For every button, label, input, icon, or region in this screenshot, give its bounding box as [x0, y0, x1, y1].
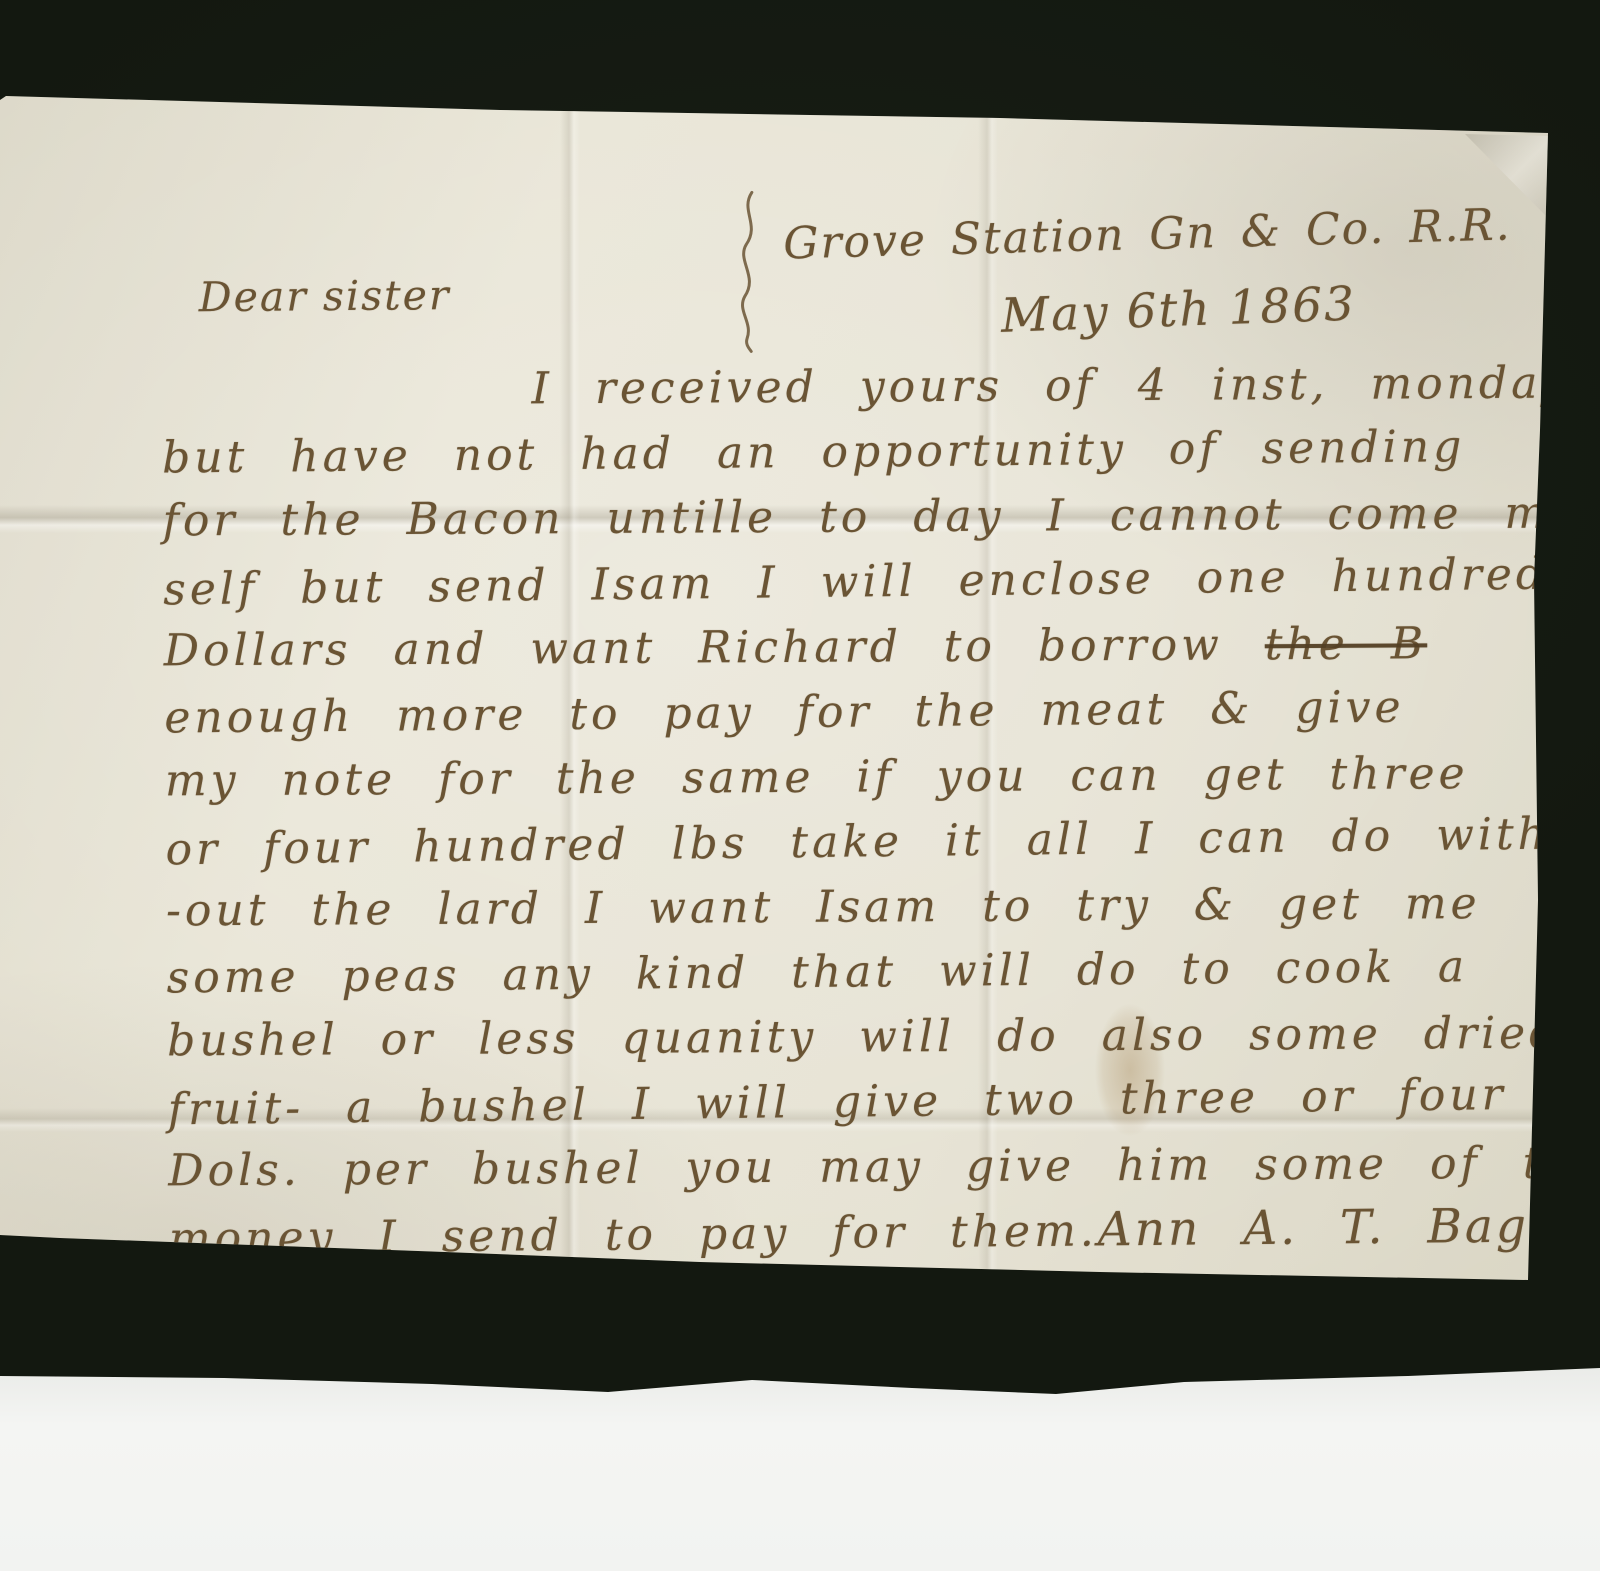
body-line: Dols. per bushel you may give him some o…: [168, 1131, 1533, 1204]
body-line: for the Bacon untille to day I cannot co…: [162, 481, 1527, 554]
struck-text: the B: [1265, 618, 1428, 670]
body-line: I received yours of 4 inst, monday: [161, 351, 1526, 424]
body-line: bushel or less quanity will do also some…: [167, 1001, 1532, 1074]
body-line: self but send Isam I will enclose one hu…: [163, 542, 1529, 622]
signature: Ann A. T. Bagg: [1097, 1193, 1562, 1262]
salutation-line: Dear sister: [199, 271, 451, 321]
body-line: fruit- a bushel I will give two three or…: [167, 1062, 1533, 1142]
body-line: or four hundred lbs take it all I can do…: [165, 802, 1531, 882]
body-line: my note for the same if you can get thre…: [165, 741, 1530, 814]
body-line: some peas any kind that will do to cook …: [166, 934, 1532, 1011]
letter-photograph: Grove Station Gn & Co. R.R. May 6th 1863…: [0, 0, 1600, 1571]
body-line: -out the lard I want Isam to try & get m…: [166, 871, 1531, 944]
ink-flourish-mark: [728, 188, 773, 353]
body-line: Dollars and want Richard to borrow the B: [164, 611, 1529, 684]
heading-location-line: Grove Station Gn & Co. R.R.: [783, 199, 1512, 269]
body-line: enough more to pay for the meat & give: [164, 674, 1530, 751]
table-surface: [0, 1362, 1600, 1571]
body-line: but have not had an opportunity of sendi…: [162, 414, 1528, 491]
letter-body: I received yours of 4 inst, monday but h…: [161, 349, 1534, 1271]
body-line-text: Dollars and want Richard to borrow: [164, 619, 1265, 676]
heading-date-line: May 6th 1863: [1000, 276, 1357, 343]
